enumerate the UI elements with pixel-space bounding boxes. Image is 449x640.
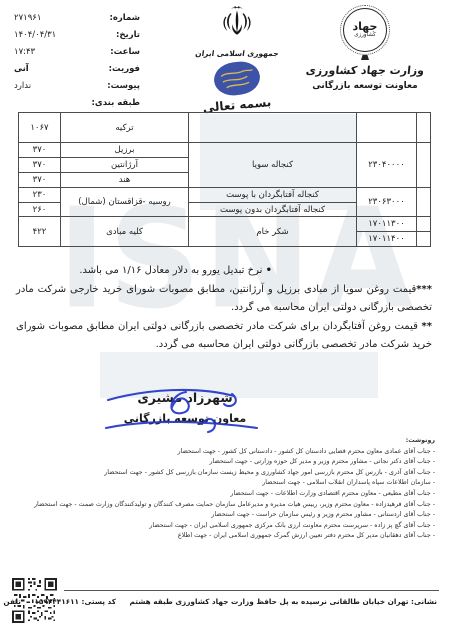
cell-country: برزیل [61, 143, 189, 158]
letter-content: شماره: ۲۷۱۹۶۱ تاریخ: ۱۴۰۴/۰۴/۳۱ ساعت: ۱۷… [0, 0, 449, 640]
field-time: ساعت: ۱۷:۴۳ [14, 43, 140, 60]
letter-meta-fields: شماره: ۲۷۱۹۶۱ تاریخ: ۱۴۰۴/۰۴/۳۱ ساعت: ۱۷… [14, 9, 140, 111]
cc-section: رونوشت: - جناب آقای عمادی معاون محترم قض… [14, 436, 435, 542]
cell-country: آرژانتین [61, 158, 189, 173]
cell-code-soy: ۲۳۰۴۰۰۰۰ [357, 143, 417, 188]
cell-product-soy: کنجاله سویا [189, 143, 357, 188]
letterhead-right: جهاد کشاورزی وزارت جهاد کشاورزی معاونت ت… [303, 8, 427, 91]
field-urgency: فوریت: آنی [14, 60, 140, 77]
field-number-value: ۲۷۱۹۶۱ [14, 13, 41, 23]
cell-empty [417, 143, 431, 188]
cell-product-empty [189, 113, 357, 143]
cell-code-sunflower: ۲۳۰۶۳۰۰۰ [357, 188, 417, 217]
footer-postal-code: کد پستی: ۱۵۹۳۴۴۱۶۱۱ [34, 597, 116, 606]
footer-contact-line: نشانی: تهران خیابان طالقانی نرسیده به پل… [60, 597, 437, 606]
field-date-label: تاریخ: [116, 30, 140, 40]
field-date-value: ۱۴۰۴/۰۴/۳۱ [14, 30, 56, 40]
field-number-label: شماره: [109, 13, 140, 23]
cell-empty [417, 113, 431, 143]
cell-product-sugar: شکر خام [189, 217, 357, 247]
jahad-keshavarzi-logo-icon: جهاد کشاورزی [343, 8, 387, 52]
field-urgency-value: آنی [14, 64, 29, 74]
cell-country-sunflower: روسیه -قزاقستان (شمال) [61, 188, 189, 217]
cc-item: - جناب آقای دکتر نجاتی - مشاور محترم وزی… [14, 457, 435, 468]
logo-word-keshavarzi: کشاورزی [354, 33, 375, 39]
table-row: ۲۳۰۶۳۰۰۰ کنجاله آفتابگردان با پوست روسیه… [19, 188, 431, 203]
price-table: ترکیه ۱۰۶۷ ۲۳۰۴۰۰۰۰ کنجاله سویا برزیل ۳۷… [18, 112, 431, 247]
cell-empty [417, 232, 431, 247]
cell-product: کنجاله آفتابگردان با پوست [189, 188, 357, 203]
field-time-label: ساعت: [110, 47, 140, 57]
table-row: ترکیه ۱۰۶۷ [19, 113, 431, 143]
note-sunflower-oil: ** قیمت روغن آفتابگردان برای شرکت مادر ت… [16, 318, 432, 355]
footer-phone: تلفن : ۴۳۵۴۴۸۰۰ [0, 597, 21, 606]
cc-item: - جناب آقای فرهیدزاده - معاون محترم وزیر… [14, 500, 435, 511]
signer-name: شهرزاد مشیری [112, 390, 258, 405]
field-time-value: ۱۷:۴۳ [14, 47, 35, 57]
signer-title: معاون توسعه بازرگانی [112, 412, 258, 425]
cc-item: - جناب آقای اردستانی - مشاور محترم وزیر … [14, 510, 435, 521]
cc-item: - جناب آقای عمادی معاون محترم قضایی دادس… [14, 447, 435, 458]
cell-price: ۳۷۰ [19, 158, 61, 173]
note-text: نرخ تبدیل یورو به دلار معادل ۱/۱۶ می باش… [79, 265, 262, 276]
stamp-calligraphy-icon [217, 64, 258, 93]
cc-item: - جناب آقای گچ پز زاده - سرپرست محترم مع… [14, 521, 435, 532]
field-urgency-label: فوریت: [109, 64, 140, 74]
cell-code-sugar-2: ۱۷۰۱۱۴۰۰ [357, 232, 417, 247]
cell-price: ۳۷۰ [19, 173, 61, 188]
table-row: ۱۷۰۱۱۳۰۰ شکر خام کلیه مبادی ۴۲۲ [19, 217, 431, 232]
cc-item: - جناب آقای آذری - بازرس کل محترم بازرسی… [14, 468, 435, 479]
bullet-icon: • [266, 265, 272, 276]
note-text: قیمت روغن آفتابگردان برای شرکت مادر تخصص… [16, 321, 432, 351]
cc-item: - جناب آقای مطیعی - معاون محترم اقتصادی … [14, 489, 435, 500]
note-exchange-rate: • نرخ تبدیل یورو به دلار معادل ۱/۱۶ می ب… [16, 262, 432, 281]
field-classification: طبقه بندی: [14, 94, 140, 111]
republic-title: جمهوری اسلامی ایران [180, 49, 293, 58]
deputy-name: معاونت توسعه بازرگانی [303, 81, 427, 91]
field-attachment-value: ندارد [14, 81, 31, 91]
cell-country: ترکیه [61, 113, 189, 143]
footer-divider [64, 590, 439, 591]
field-classification-label: طبقه بندی: [92, 98, 140, 108]
logo-stem [361, 55, 369, 60]
cell-code-empty [357, 113, 417, 143]
field-attachment-label: پیوست: [107, 81, 140, 91]
footer-address: نشانی: تهران خیابان طالقانی نرسیده به پل… [130, 597, 437, 606]
note-soy-oil: ***قیمت روغن سویا از مبادی برزیل و آرژان… [16, 281, 432, 318]
cc-label: رونوشت: [14, 436, 435, 447]
cell-empty [417, 217, 431, 232]
asterisks-icon: *** [416, 284, 432, 295]
field-date: تاریخ: ۱۴۰۴/۰۴/۳۱ [14, 26, 140, 43]
field-number: شماره: ۲۷۱۹۶۱ [14, 9, 140, 26]
iran-emblem-icon [220, 6, 254, 44]
notes-section: • نرخ تبدیل یورو به دلار معادل ۱/۱۶ می ب… [16, 262, 432, 355]
year-slogan-stamp [212, 59, 262, 98]
cell-country: هند [61, 173, 189, 188]
asterisks-icon: ** [422, 321, 432, 332]
table-row: ۲۳۰۴۰۰۰۰ کنجاله سویا برزیل ۳۷۰ [19, 143, 431, 158]
ministry-name: وزارت جهاد کشاورزی [302, 64, 427, 77]
cell-country-sugar: کلیه مبادی [61, 217, 189, 247]
cell-product: کنجاله آفتابگردان بدون پوست [189, 203, 357, 217]
cell-price: ۲۶۰ [19, 203, 61, 217]
cell-empty [417, 188, 431, 217]
note-text: قیمت روغن سویا از مبادی برزیل و آرژانتین… [16, 284, 432, 314]
field-attachment: پیوست: ندارد [14, 77, 140, 94]
signature-block: شهرزاد مشیری معاون توسعه بازرگانی [112, 390, 258, 425]
letterhead-center: جمهوری اسلامی ایران بسمه تعالی [181, 6, 293, 112]
cc-item: - جناب آقای دهقانیان مدیر کل محترم دفتر … [14, 531, 435, 542]
cell-code-sugar-1: ۱۷۰۱۱۳۰۰ [357, 217, 417, 232]
letter-page: ISNA شماره: ۲۷۱۹۶۱ تاریخ: ۱۴۰۴/۰۴/۳۱ ساع… [0, 0, 449, 640]
cell-price: ۳۷۰ [19, 143, 61, 158]
cell-price: ۲۳۰ [19, 188, 61, 203]
cell-price-sugar: ۴۲۲ [19, 217, 61, 247]
cell-price: ۱۰۶۷ [19, 113, 61, 143]
cc-item: - سازمان اطلاعات سپاه پاسداران انقلاب اس… [14, 478, 435, 489]
